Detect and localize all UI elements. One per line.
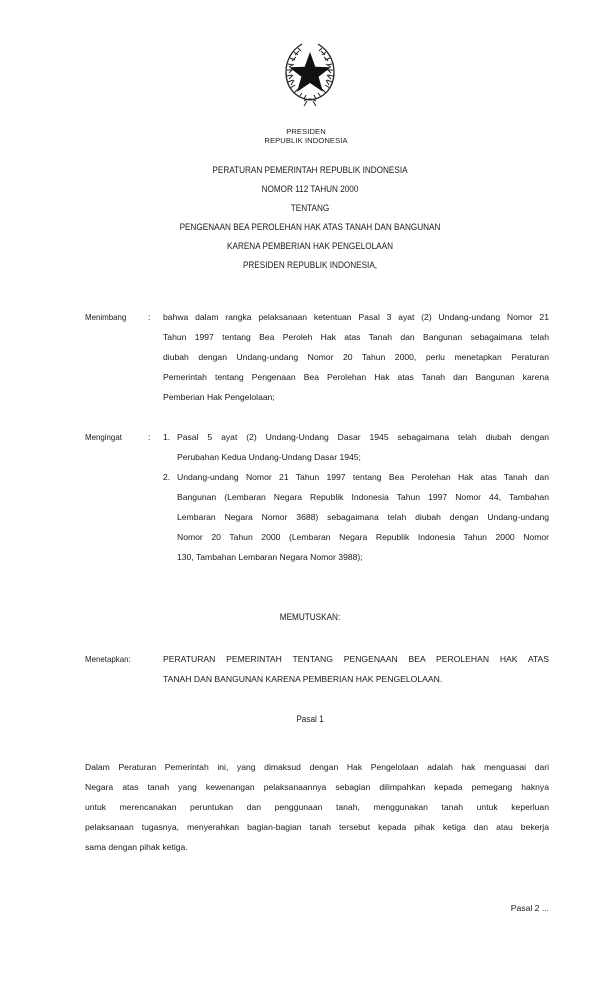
menimbang-line: Pemberian Hak Pengelolaan; bbox=[163, 391, 549, 404]
regulation-subject-line1: PENGENAAN BEA PEROLEHAN HAK ATAS TANAH D… bbox=[22, 221, 599, 233]
pasal-1-line: Dalam Peraturan Pemerintah ini, yang dim… bbox=[85, 761, 549, 774]
menetapkan-label: Menetapkan: bbox=[85, 653, 131, 665]
mengingat-item-line: Pasal 5 ayat (2) Undang-Undang Dasar 194… bbox=[177, 431, 549, 444]
mengingat-item-number: 2. bbox=[163, 471, 170, 483]
mengingat-item-line: Perubahan Kedua Undang-Undang Dasar 1945… bbox=[177, 451, 549, 464]
enacting-authority: PRESIDEN REPUBLIK INDONESIA, bbox=[22, 259, 599, 271]
regulation-tentang: TENTANG bbox=[22, 202, 599, 214]
next-page-continuation: Pasal 2 ... bbox=[511, 902, 549, 914]
memutuskan-heading: MEMUTUSKAN: bbox=[22, 611, 599, 623]
menimbang-label: Menimbang bbox=[85, 311, 126, 323]
menimbang-line: Pemerintah tentang Pengenaan Bea Peroleh… bbox=[163, 371, 549, 384]
pasal-1-line: pelaksanaan tugasnya, menyerahkan bagian… bbox=[85, 821, 549, 834]
mengingat-label: Mengingat bbox=[85, 431, 122, 443]
regulation-subject-line2: KARENA PEMBERIAN HAK PENGELOLAAN bbox=[22, 240, 599, 252]
issuer-country: REPUBLIK INDONESIA bbox=[0, 136, 612, 145]
mengingat-item-line: Lembaran Negara Nomor 3688) sebagaimana … bbox=[177, 511, 549, 524]
mengingat-item-line: 130, Tambahan Lembaran Negara Nomor 3988… bbox=[177, 551, 549, 564]
regulation-title: PERATURAN PEMERINTAH REPUBLIK INDONESIA bbox=[22, 164, 599, 176]
presidential-emblem-icon bbox=[280, 38, 340, 108]
menetapkan-line: PERATURAN PEMERINTAH TENTANG PENGENAAN B… bbox=[163, 653, 549, 666]
mengingat-item-line: Bangunan (Lembaran Negara Republik Indon… bbox=[177, 491, 549, 504]
pasal-1-line: sama dengan pihak ketiga. bbox=[85, 841, 549, 854]
mengingat-colon: : bbox=[148, 431, 150, 443]
menimbang-line: diubah dengan Undang-undang Nomor 20 Tah… bbox=[163, 351, 549, 364]
menimbang-line: Tahun 1997 tentang Bea Peroleh Hak atas … bbox=[163, 331, 549, 344]
document-page: PRESIDEN REPUBLIK INDONESIA PERATURAN PE… bbox=[0, 0, 612, 1008]
regulation-number: NOMOR 112 TAHUN 2000 bbox=[22, 183, 599, 195]
mengingat-item-line: Nomor 20 Tahun 2000 (Lembaran Negara Rep… bbox=[177, 531, 549, 544]
mengingat-item-number: 1. bbox=[163, 431, 170, 443]
pasal-1-line: untuk merencanakan peruntukan dan penggu… bbox=[85, 801, 549, 814]
menimbang-line: bahwa dalam rangka pelaksanaan ketentuan… bbox=[163, 311, 549, 324]
mengingat-item-line: Undang-undang Nomor 21 Tahun 1997 tentan… bbox=[177, 471, 549, 484]
menetapkan-line: TANAH DAN BANGUNAN KARENA PEMBERIAN HAK … bbox=[163, 673, 549, 686]
pasal-1-heading: Pasal 1 bbox=[22, 713, 599, 725]
pasal-1-line: Negara atas tanah yang kewenangan pelaks… bbox=[85, 781, 549, 794]
menimbang-colon: : bbox=[148, 311, 150, 323]
issuer-title: PRESIDEN bbox=[0, 127, 612, 136]
